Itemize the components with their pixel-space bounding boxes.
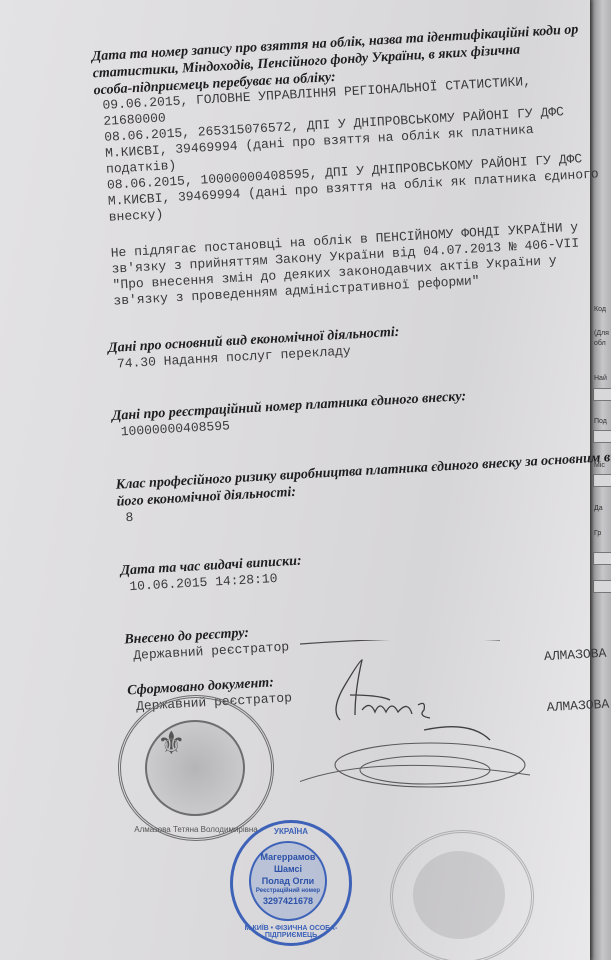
entrepreneur-stamp-center: Магеррамов Шамсі Полад Огли Реєстраційни…: [249, 841, 327, 921]
stamp-name-line: Магеррамов: [251, 851, 325, 863]
faint-stamp: [390, 830, 534, 960]
entrepreneur-stamp-ring-bottom: М.КИЇВ • ФІЗИЧНА ОСОБА-ПІДПРИЄМЕЦЬ: [233, 925, 349, 939]
stamp-reg-number: 3297421678: [251, 895, 325, 907]
stamp-name-line: Полад Огли: [251, 875, 325, 887]
entrepreneur-stamp-ring-top: УКРАЇНА: [233, 827, 349, 836]
entrepreneur-stamp: УКРАЇНА Магеррамов Шамсі Полад Огли Реєс…: [230, 820, 352, 946]
risk-class-heading-line: Клас професійного ризику виробництва пла…: [115, 447, 611, 493]
registrar-stamp: ⚜ Алмазова Тетяна Володимирівна: [118, 695, 274, 841]
risk-class-value: 8: [125, 510, 134, 526]
document-page: Дата та номер запису про взяття на облік…: [0, 0, 590, 960]
stamp-reg-label: Реєстраційний номер: [251, 887, 325, 895]
record-line: внеску): [108, 207, 163, 226]
faint-stamp-center: [413, 851, 505, 939]
trident-icon: ⚜: [157, 724, 186, 762]
signature: [300, 640, 560, 840]
stamp-name-line: Шамсі: [251, 863, 325, 875]
reg-number-heading: Дані про реєстраційний номер платника єд…: [111, 388, 466, 425]
